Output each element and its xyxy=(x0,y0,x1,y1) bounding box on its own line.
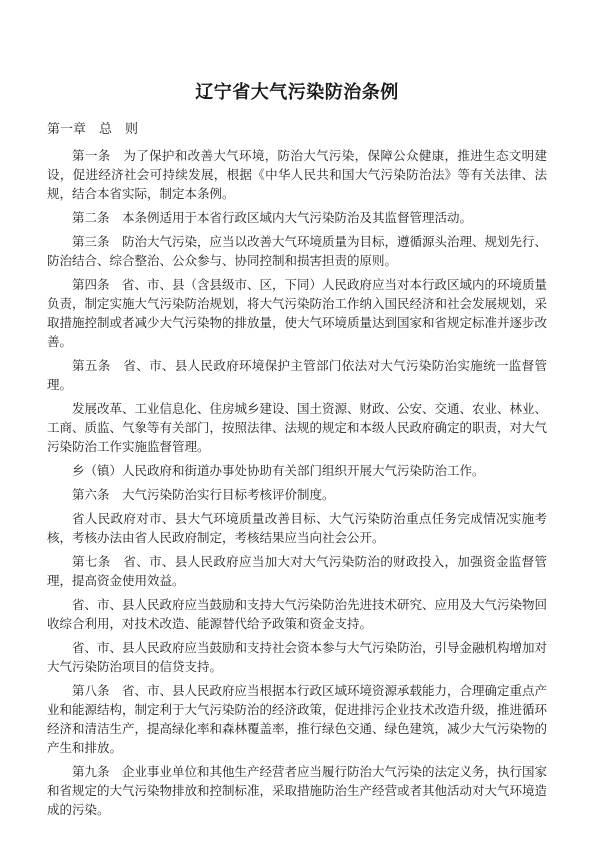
para-article-8: 第八条 省、市、县人民政府应当根据本行政区域环境资源承载能力，合理确定重点产业和… xyxy=(47,682,547,758)
para-article-7-cont-1: 省、市、县人民政府应当鼓励和支持大气污染防治先进技术研究、应用及大气污染物回收综… xyxy=(47,596,547,634)
para-article-7: 第七条 省、市、县人民政府应当加大对大气污染防治的财政投入，加强资金监督管理，提… xyxy=(47,553,547,591)
para-article-6: 第六条 大气污染防治实行目标考核评价制度。 xyxy=(47,486,547,505)
para-article-1: 第一条 为了保护和改善大气环境，防治大气污染，保障公众健康，推进生态文明建设，促… xyxy=(47,147,547,204)
para-article-5: 第五条 省、市、县人民政府环境保护主管部门依法对大气污染防治实施统一监督管理。 xyxy=(47,357,547,395)
chapter-heading: 第一章 总 则 xyxy=(47,119,547,138)
document-body: 第一条 为了保护和改善大气环境，防治大气污染，保障公众健康，推进生态文明建设，促… xyxy=(47,147,547,820)
para-article-2: 第二条 本条例适用于本省行政区域内大气污染防治及其监督管理活动。 xyxy=(47,209,547,228)
document-page: 辽宁省大气污染防治条例 第一章 总 则 第一条 为了保护和改善大气环境，防治大气… xyxy=(0,0,595,841)
para-article-5-cont-2: 乡（镇）人民政府和街道办事处协助有关部门组织开展大气污染防治工作。 xyxy=(47,462,547,481)
para-article-6-cont-1: 省人民政府对市、县大气环境质量改善目标、大气污染防治重点任务完成情况实施考核，考… xyxy=(47,510,547,548)
document-title: 辽宁省大气污染防治条例 xyxy=(47,80,547,104)
para-article-4: 第四条 省、市、县（含县级市、区，下同）人民政府应当对本行政区域内的环境质量负责… xyxy=(47,276,547,352)
para-article-9: 第九条 企业事业单位和其他生产经营者应当履行防治大气污染的法定义务，执行国家和省… xyxy=(47,763,547,820)
para-article-7-cont-2: 省、市、县人民政府应当鼓励和支持社会资本参与大气污染防治，引导金融机构增加对大气… xyxy=(47,639,547,677)
para-article-5-cont-1: 发展改革、工业信息化、住房城乡建设、国土资源、财政、公安、交通、农业、林业、工商… xyxy=(47,400,547,457)
para-article-3: 第三条 防治大气污染，应当以改善大气环境质量为目标，遵循源头治理、规划先行、防治… xyxy=(47,233,547,271)
